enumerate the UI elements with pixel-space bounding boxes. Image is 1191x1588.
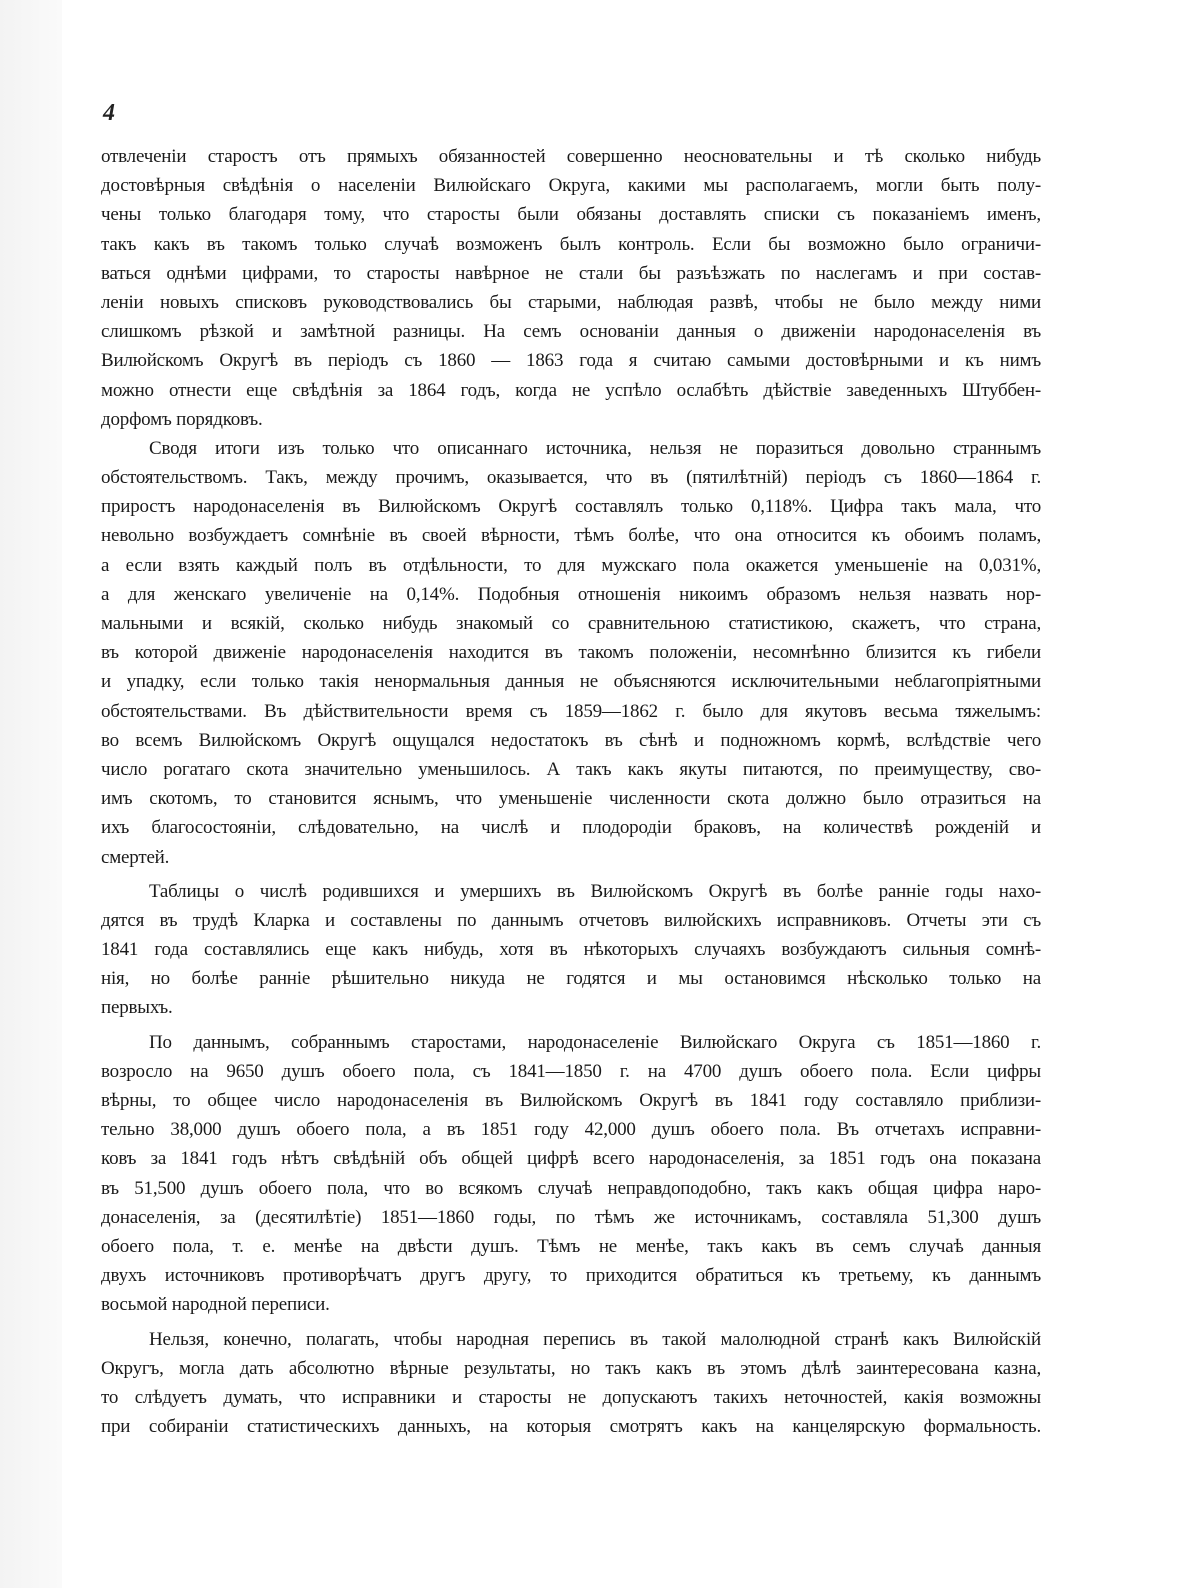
text-line: слишкомъ рѣзкой и замѣтной разницы. На с…: [101, 317, 1041, 346]
text-line: смертей.: [101, 843, 1041, 872]
text-line: а для женскаго увеличеніе на 0,14%. Подо…: [101, 580, 1041, 609]
paragraph-3: Таблицы о числѣ родившихся и умершихъ въ…: [101, 877, 1041, 1023]
text-line: возросло на 9650 душъ обоего пола, съ 18…: [101, 1057, 1041, 1086]
text-line: По даннымъ, собраннымъ старостами, народ…: [101, 1028, 1041, 1057]
text-line: Таблицы о числѣ родившихся и умершихъ въ…: [101, 877, 1041, 906]
text-line: нія, но болѣе ранніе рѣшительно никуда н…: [101, 964, 1041, 993]
text-line: ковъ за 1841 годъ нѣтъ свѣдѣній объ обще…: [101, 1144, 1041, 1173]
text-line: Сводя итоги изъ только что описаннаго ис…: [101, 434, 1041, 463]
text-line: обстоятельствами. Въ дѣйствительности вр…: [101, 697, 1041, 726]
text-line: можно отнести еще свѣдѣнія за 1864 годъ,…: [101, 376, 1041, 405]
text-line: мальными и всякій, сколько нибудь знаком…: [101, 609, 1041, 638]
text-line: а если взять каждый полъ въ отдѣльности,…: [101, 551, 1041, 580]
text-line: и упадку, если только такія ненормальныя…: [101, 667, 1041, 696]
text-line: 1841 года составлялись еще какъ нибудь, …: [101, 935, 1041, 964]
text-line: такъ какъ въ такомъ только случаѣ возмож…: [101, 230, 1041, 259]
text-line: ваться однѣми цифрами, то старосты навѣр…: [101, 259, 1041, 288]
paragraph-2: Сводя итоги изъ только что описаннаго ис…: [101, 434, 1041, 872]
text-line: двухъ источниковъ противорѣчатъ другъ др…: [101, 1261, 1041, 1290]
text-line: въ 51,500 душъ обоего пола, что во всяко…: [101, 1174, 1041, 1203]
text-line: Нельзя, конечно, полагать, чтобы народна…: [101, 1325, 1041, 1354]
text-line: во всемъ Вилюйскомъ Округѣ ощущался недо…: [101, 726, 1041, 755]
paragraph-5: Нельзя, конечно, полагать, чтобы народна…: [101, 1325, 1041, 1442]
text-line: невольно возбуждаетъ сомнѣніе въ своей в…: [101, 521, 1041, 550]
text-line: въ которой движеніе народонаселенія нахо…: [101, 638, 1041, 667]
text-line: то слѣдуетъ думать, что исправники и ста…: [101, 1383, 1041, 1412]
text-line: донаселенія, за (десятилѣтіе) 1851—1860 …: [101, 1203, 1041, 1232]
text-line: достовѣрныя свѣдѣнія о населеніи Вилюйск…: [101, 171, 1041, 200]
text-line: ихъ благосостояніи, слѣдовательно, на чи…: [101, 813, 1041, 842]
text-line: Вилюйскомъ Округѣ въ періодъ съ 1860 — 1…: [101, 346, 1041, 375]
page-number: 4: [103, 100, 115, 127]
text-line: обоего пола, т. е. менѣе на двѣсти душъ.…: [101, 1232, 1041, 1261]
text-line: отвлеченіи старостъ отъ прямыхъ обязанно…: [101, 142, 1041, 171]
text-line: первыхъ.: [101, 993, 1041, 1022]
scan-margin-shading: [0, 0, 62, 1588]
text-line: Округъ, могла дать абсолютно вѣрные резу…: [101, 1354, 1041, 1383]
text-line: тельно 38,000 душъ обоего пола, а въ 185…: [101, 1115, 1041, 1144]
paragraph-1: отвлеченіи старостъ отъ прямыхъ обязанно…: [101, 142, 1041, 434]
text-line: при собираніи статистическихъ данныхъ, н…: [101, 1412, 1041, 1441]
text-line: дятся въ трудѣ Кларка и составлены по да…: [101, 906, 1041, 935]
paragraph-4: По даннымъ, собраннымъ старостами, народ…: [101, 1028, 1041, 1320]
text-line: имъ скотомъ, то становится яснымъ, что у…: [101, 784, 1041, 813]
text-line: число рогатаго скота значительно уменьши…: [101, 755, 1041, 784]
text-line: обстоятельствомъ. Такъ, между прочимъ, о…: [101, 463, 1041, 492]
text-line: леніи новыхъ списковъ руководствовались …: [101, 288, 1041, 317]
text-line: чены только благодаря тому, что старосты…: [101, 200, 1041, 229]
text-line: приростъ народонаселенія въ Вилюйскомъ О…: [101, 492, 1041, 521]
text-line: восьмой народной переписи.: [101, 1290, 1041, 1319]
text-line: дорфомъ порядковъ.: [101, 405, 1041, 434]
body-text: отвлеченіи старостъ отъ прямыхъ обязанно…: [101, 142, 1041, 1441]
text-line: вѣрны, то общее число народонаселенія въ…: [101, 1086, 1041, 1115]
